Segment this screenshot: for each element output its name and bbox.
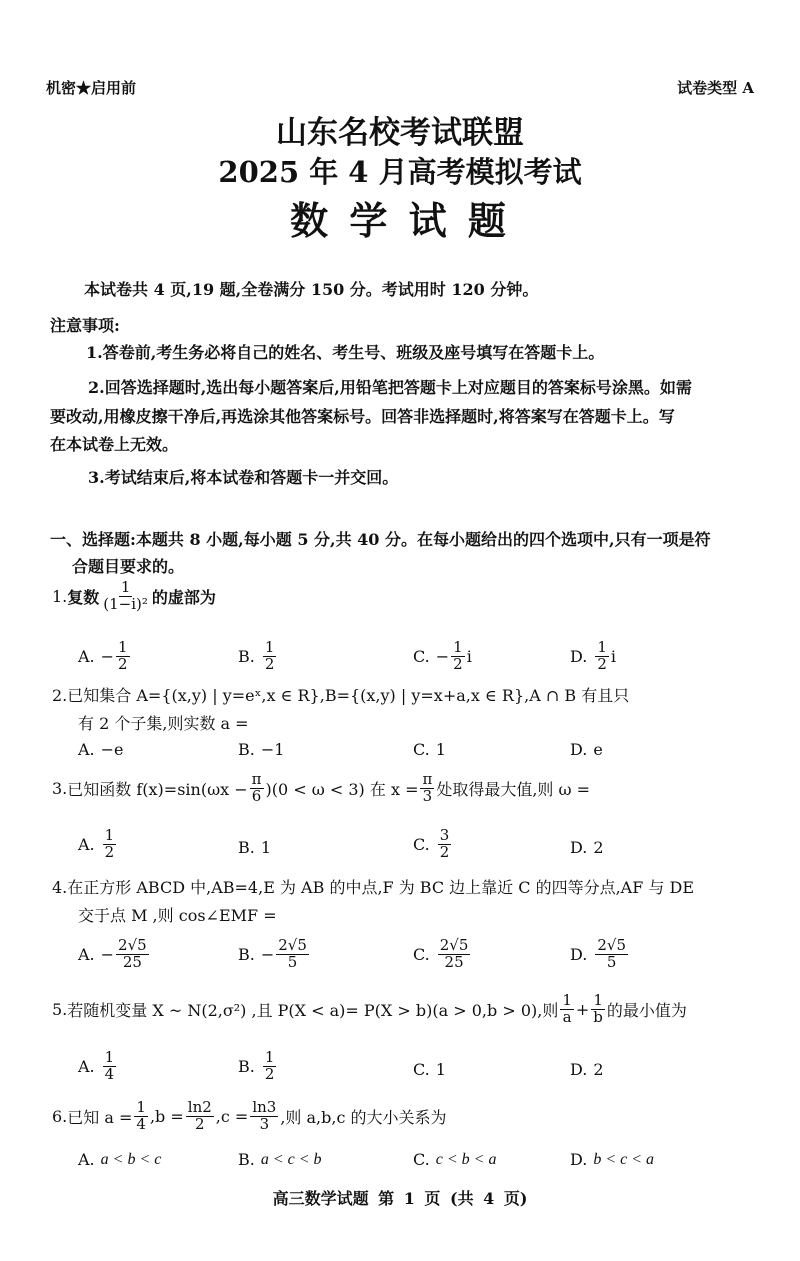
question-1: 1. 复数 1(1−i)² 的虚部为 bbox=[52, 580, 216, 613]
q6-option-b[interactable]: B.a < c < b bbox=[238, 1150, 322, 1169]
notice-item-2-end: 在本试卷上无效。 bbox=[50, 432, 178, 455]
question-6: 6. 已知 a = 14 ,b = ln22 ,c = ln33 ,则 a,b,… bbox=[52, 1100, 447, 1133]
subject-title: 数 学 试 题 bbox=[0, 190, 800, 245]
section1-heading: 一、选择题:本题共 8 小题,每小题 5 分,共 40 分。在每小题给出的四个选… bbox=[50, 527, 711, 550]
question-2-cont: 有 2 个子集,则实数 a = bbox=[78, 711, 249, 734]
q2-option-a[interactable]: A.−e bbox=[78, 740, 124, 759]
fraction: 1(1−i)² bbox=[101, 580, 150, 613]
notice-item-3: 3.考试结束后,将本试卷和答题卡一并交回。 bbox=[88, 465, 398, 488]
q3-option-a[interactable]: A.12 bbox=[78, 828, 118, 861]
notice-item-2-cont: 要改动,用橡皮擦干净后,再选涂其他答案标号。回答非选择题时,将答案写在答题卡上。… bbox=[50, 404, 675, 427]
section1-heading-cont: 合题目要求的。 bbox=[72, 554, 184, 577]
q1-option-d[interactable]: D.12i bbox=[570, 640, 616, 673]
page-footer: 高三数学试题 第 1 页 (共 4 页) bbox=[0, 1186, 800, 1209]
q6-option-c[interactable]: C.c < b < a bbox=[413, 1150, 496, 1169]
question-number: 1. bbox=[52, 587, 67, 606]
exam-intro: 本试卷共 4 页,19 题,全卷满分 150 分。考试用时 120 分钟。 bbox=[84, 277, 538, 300]
q6-option-a[interactable]: A.a < b < c bbox=[78, 1150, 161, 1169]
q4-option-b[interactable]: B.−2√55 bbox=[238, 938, 311, 971]
notice-heading: 注意事项: bbox=[50, 313, 120, 336]
q5-option-a[interactable]: A.14 bbox=[78, 1050, 118, 1083]
q1-option-b[interactable]: B.12 bbox=[238, 640, 278, 673]
q1-option-c[interactable]: C.−12i bbox=[413, 640, 472, 673]
exam-name-title: 2025 年 4 月高考模拟考试 bbox=[0, 150, 800, 191]
question-2: 2.已知集合 A={(x,y) | y=eˣ,x ∈ R},B={(x,y) |… bbox=[52, 683, 629, 706]
question-5: 5. 若随机变量 X ~ N(2,σ²) ,且 P(X < a)= P(X > … bbox=[52, 993, 687, 1026]
q5-option-c[interactable]: C.1 bbox=[413, 1060, 446, 1079]
question-4: 4.在正方形 ABCD 中,AB=4,E 为 AB 的中点,F 为 BC 边上靠… bbox=[52, 875, 694, 898]
q5-option-d[interactable]: D.2 bbox=[570, 1060, 604, 1079]
q1-option-a[interactable]: A.−12 bbox=[78, 640, 132, 673]
confidential-label: 机密★启用前 bbox=[46, 77, 136, 98]
q2-option-c[interactable]: C.1 bbox=[413, 740, 446, 759]
q2-option-b[interactable]: B.−1 bbox=[238, 740, 284, 759]
question-stem: 的虚部为 bbox=[152, 585, 216, 608]
question-stem: 复数 bbox=[67, 585, 99, 608]
q3-option-b[interactable]: B.1 bbox=[238, 838, 271, 857]
q3-option-d[interactable]: D.2 bbox=[570, 838, 604, 857]
paper-type-label: 试卷类型 A bbox=[677, 77, 754, 98]
question-4-cont: 交于点 M ,则 cos∠EMF = bbox=[78, 903, 277, 926]
notice-item-2: 2.回答选择题时,选出每小题答案后,用铅笔把答题卡上对应题目的答案标号涂黑。如需 bbox=[88, 375, 692, 398]
q2-option-d[interactable]: D.e bbox=[570, 740, 603, 759]
q4-option-c[interactable]: C.2√525 bbox=[413, 938, 472, 971]
q4-option-d[interactable]: D.2√55 bbox=[570, 938, 630, 971]
q3-option-c[interactable]: C.32 bbox=[413, 828, 453, 861]
exam-org-title: 山东名校考试联盟 bbox=[0, 107, 800, 152]
q4-option-a[interactable]: A.−2√525 bbox=[78, 938, 151, 971]
q5-option-b[interactable]: B.12 bbox=[238, 1050, 278, 1083]
notice-item-1: 1.答卷前,考生务必将自己的姓名、考生号、班级及座号填写在答题卡上。 bbox=[86, 340, 604, 363]
question-stem: 已知集合 A={(x,y) | y=eˣ,x ∈ R},B={(x,y) | y… bbox=[67, 686, 629, 705]
question-3: 3. 已知函数 f(x)=sin(ωx − π6 )(0 < ω < 3) 在 … bbox=[52, 772, 590, 805]
q6-option-d[interactable]: D.b < c < a bbox=[570, 1150, 654, 1169]
